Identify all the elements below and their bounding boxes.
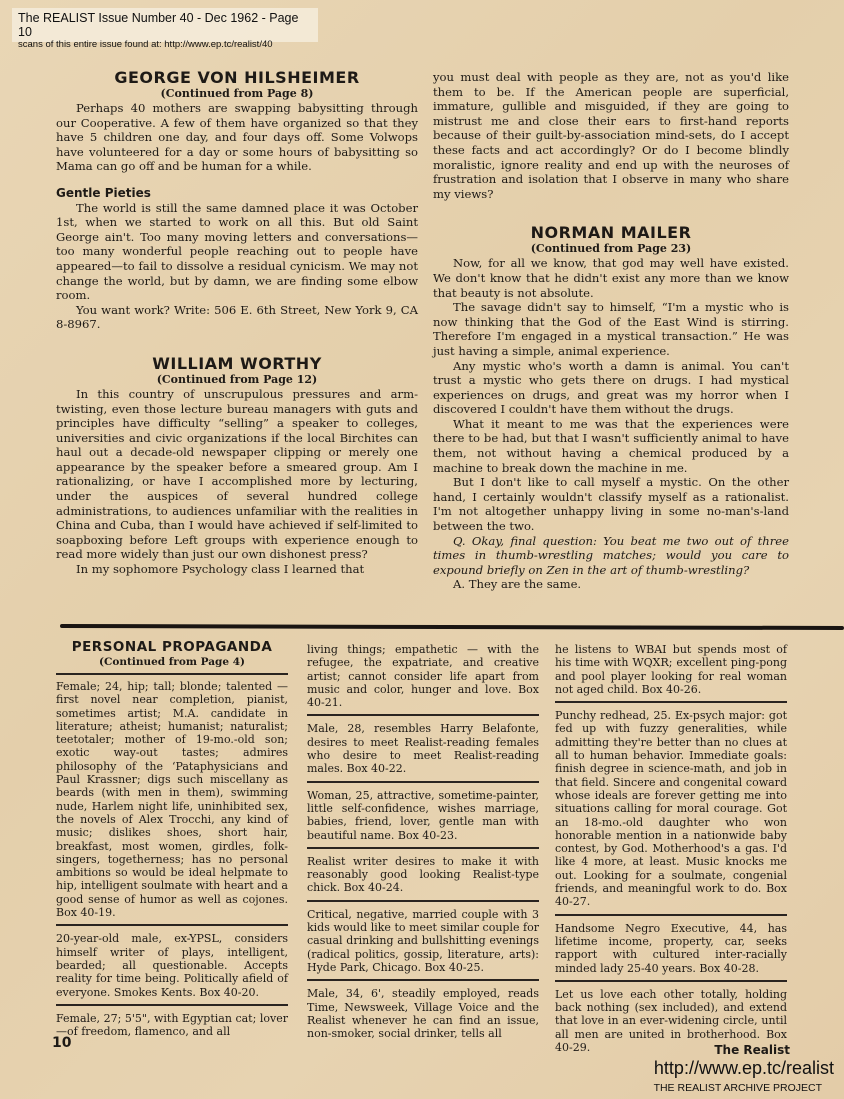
personal-heading: PERSONAL PROPAGANDA [56,639,288,655]
left-column: GEORGE VON HILSHEIMER (Continued from Pa… [56,68,418,577]
hilsheimer-paragraph: You want work? Write: 506 E. 6th Street,… [56,303,418,332]
ad-box-40-21-cont: living things; empathetic — with the ref… [307,643,539,716]
ad-box-40-20: 20-year-old male, ex-YPSL, considers him… [56,932,288,1005]
ad-box-40-28: Handsome Negro Executive, 44, has lifeti… [555,922,787,982]
mailer-paragraph: What it meant to me was that the experie… [433,417,789,475]
mailer-heading: NORMAN MAILER [433,223,789,242]
page-number: 10 [52,1035,71,1051]
mailer-question: Q. Okay, final question: You beat me two… [433,534,789,578]
section-divider [60,624,844,630]
archive-url[interactable]: http://www.ep.tc/realist [654,1058,834,1079]
gentle-pieties-subhead: Gentle Pieties [56,186,418,201]
hilsheimer-continued: (Continued from Page 8) [56,87,418,101]
hilsheimer-heading: GEORGE VON HILSHEIMER [56,68,418,87]
hilsheimer-paragraph: Perhaps 40 mothers are swapping babysitt… [56,101,418,174]
ad-box-40-27: Punchy redhead, 25. Ex-psych major: got … [555,709,787,915]
realist-brand: The Realist [714,1043,790,1057]
worthy-paragraph: In my sophomore Psychology class I learn… [56,562,418,577]
mailer-paragraph: Any mystic who's worth a damn is animal.… [433,359,789,417]
mailer-continued: (Continued from Page 23) [433,242,789,256]
ad-box-40-19: Female; 24, hip; tall; blonde; talented … [56,673,288,926]
ad-box-40-25: Critical, negative, married couple with … [307,908,539,981]
personal-continued: (Continued from Page 4) [56,655,288,669]
personal-ads-col-1: PERSONAL PROPAGANDA (Continued from Page… [56,639,288,1049]
mailer-paragraph: The savage didn't say to himself, “I'm a… [433,300,789,358]
mailer-answer: A. They are the same. [433,577,789,592]
archive-banner: The REALIST Issue Number 40 - Dec 1962 -… [12,8,318,42]
mailer-paragraph: But I don't like to call myself a mystic… [433,475,789,533]
ad-box-40-26-cont: he listens to WBAI but spends most of hi… [555,643,787,703]
worthy-heading: WILLIAM WORTHY [56,354,418,373]
worthy-paragraph: In this country of unscrupulous pressure… [56,387,418,562]
mailer-paragraph: Now, for all we know, that god may well … [433,256,789,300]
ad-box-40-23: Woman, 25, attractive, sometime-painter,… [307,789,539,849]
banner-source: scans of this entire issue found at: htt… [18,39,312,51]
ad-box-40-22: Male, 28, resembles Harry Belafonte, des… [307,722,539,782]
banner-title: The REALIST Issue Number 40 - Dec 1962 -… [18,11,312,39]
ad-box-40-24: Realist writer desires to make it with r… [307,855,539,902]
archive-project-label: THE REALIST ARCHIVE PROJECT [654,1082,822,1094]
worthy-paragraph: you must deal with people as they are, n… [433,70,789,201]
personal-ads-col-2: living things; empathetic — with the ref… [307,643,539,1051]
right-column: you must deal with people as they are, n… [433,70,789,592]
ad-box-40-21-start: Female, 27; 5'5", with Egyptian cat; lov… [56,1012,288,1044]
worthy-continued: (Continued from Page 12) [56,373,418,387]
hilsheimer-paragraph: The world is still the same damned place… [56,201,418,303]
ad-box-40-26-start: Male, 34, 6', steadily employed, reads T… [307,987,539,1045]
personal-ads-col-3: he listens to WBAI but spends most of hi… [555,643,787,1065]
